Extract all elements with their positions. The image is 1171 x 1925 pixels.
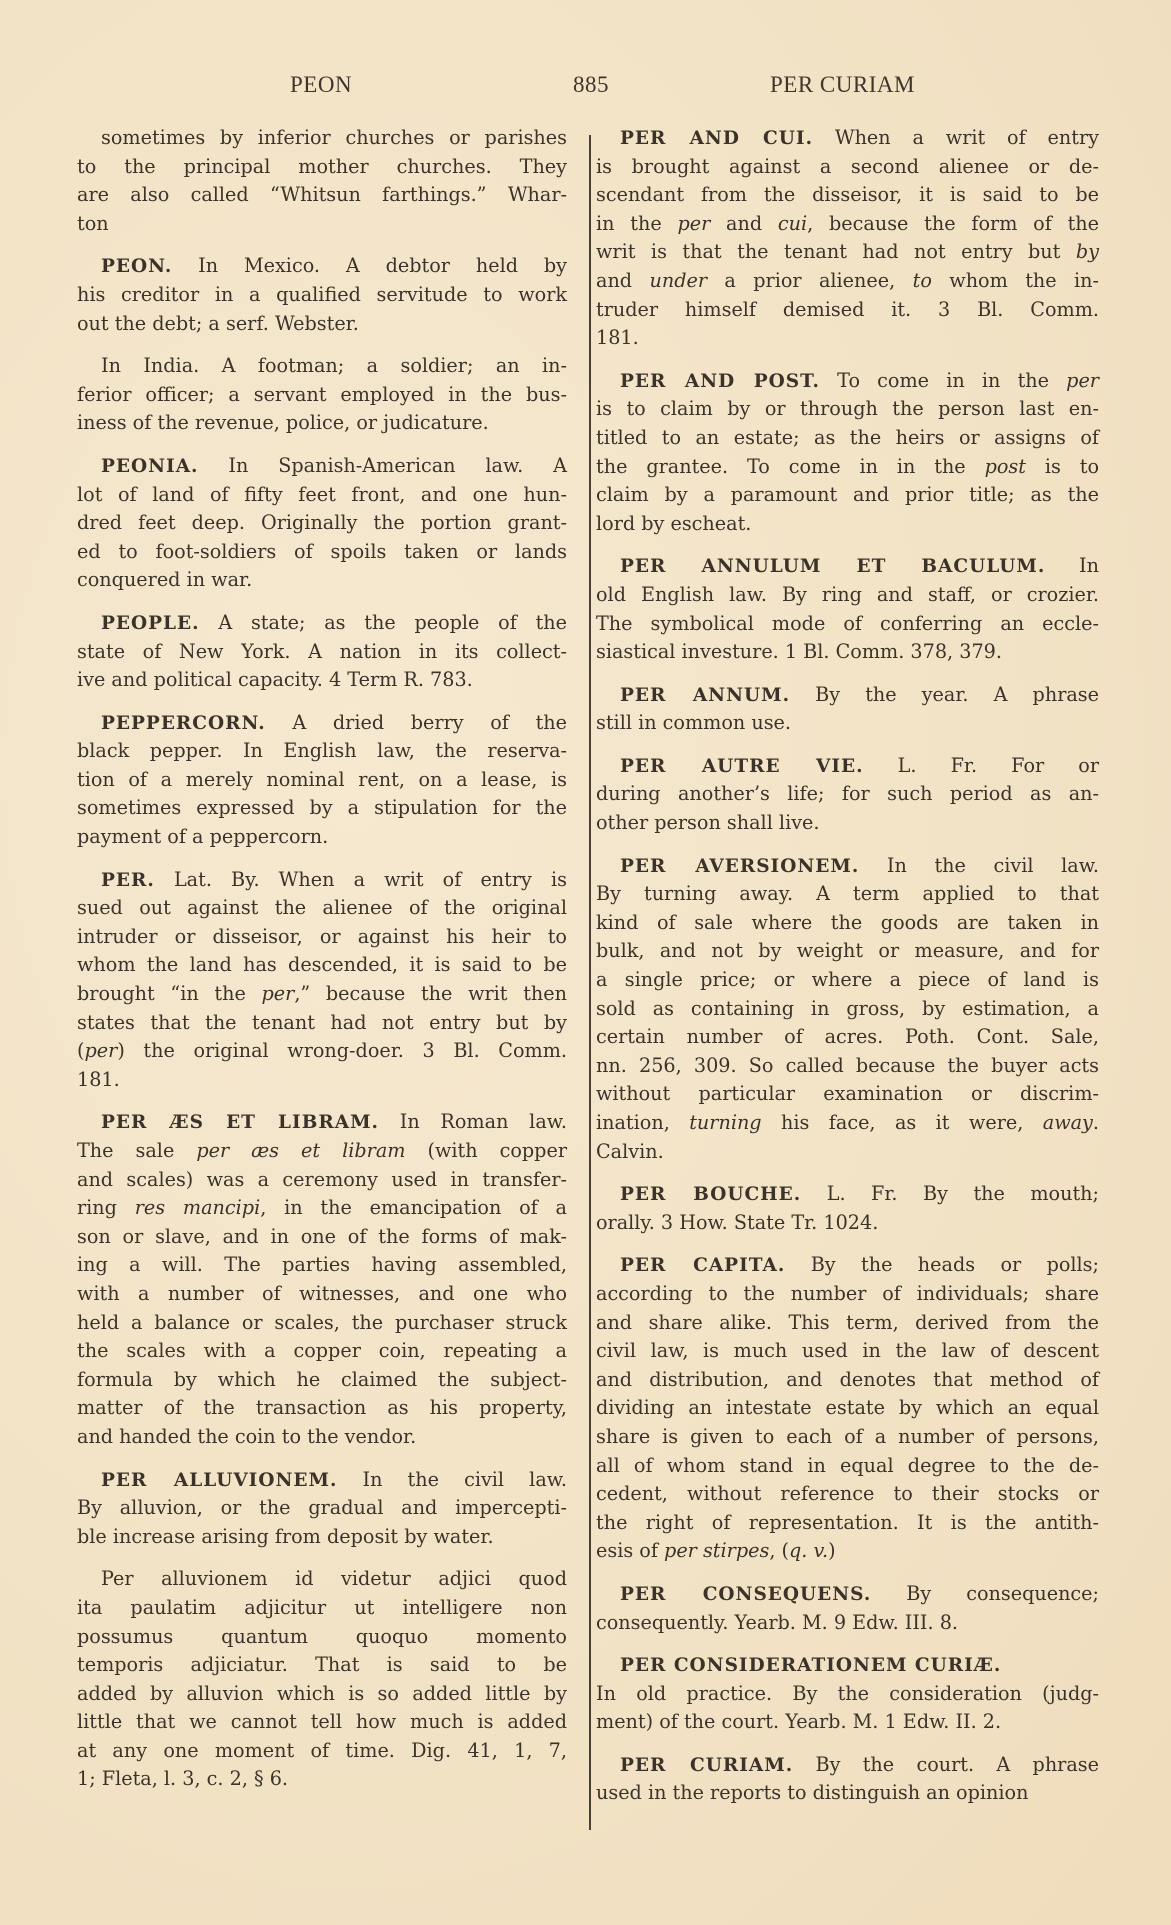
- entry-line-text: dred feet deep. Originally the portion g…: [77, 511, 567, 534]
- entry-line-text: L. Fr. By the mouth;: [801, 1182, 1099, 1205]
- dictionary-entry-peppercorn: PEPPERCORN. A dried berry of theblack pe…: [77, 709, 567, 852]
- entry-line: without particular examination or discri…: [596, 1080, 1099, 1109]
- entry-line: conquered in war.: [77, 566, 567, 595]
- entry-line: PER ÆS ET LIBRAM. In Roman law.: [77, 1108, 567, 1137]
- entry-line-text: ment) of the court. Yearb. M. 1 Edw. II.…: [596, 1710, 1001, 1733]
- entry-line-text: The sale per æs et libram (with copper: [77, 1139, 567, 1162]
- entry-line-text: all of whom stand in equal degree to the…: [596, 1454, 1099, 1477]
- dictionary-entry-per-alluvionem-quote: Per alluvionem id videtur adjici quodita…: [77, 1565, 567, 1794]
- entry-line-text: In the civil law.: [859, 854, 1099, 877]
- entry-line: PER ANNULUM ET BACULUM. In: [596, 552, 1099, 581]
- entry-line-text: iness of the revenue, police, or judicat…: [77, 411, 489, 434]
- entry-line-text: state of New York. A nation in its colle…: [77, 640, 567, 663]
- dictionary-entry-per-and-post: PER AND POST. To come in in the peris to…: [596, 367, 1099, 539]
- entry-line: (per) the original wrong-doer. 3 Bl. Com…: [77, 1037, 567, 1066]
- entry-line-text: and under a prior alienee, to whom the i…: [596, 269, 1099, 292]
- dictionary-entry-whitsun-continuation: sometimes by inferior churches or parish…: [77, 124, 567, 238]
- dictionary-entry-per-annum: PER ANNUM. By the year. A phrasestill in…: [596, 681, 1099, 738]
- entry-line: and scales) was a ceremony used in trans…: [77, 1166, 567, 1195]
- entry-line-text: By the year. A phrase: [790, 683, 1099, 706]
- dictionary-entry-peon-india: In India. A footman; a soldier; an in-fe…: [77, 352, 567, 438]
- entry-line-text: nn. 256, 309. So called because the buye…: [596, 1054, 1099, 1077]
- entry-line-text: ring res mancipi, in the emancipation of…: [77, 1196, 567, 1219]
- entry-line: temporis adjiciatur. That is said to be: [77, 1651, 567, 1680]
- column-divider-rule: [589, 135, 591, 1830]
- entry-line-text: writ is that the tenant had not entry bu…: [596, 240, 1099, 263]
- entry-line: payment of a peppercorn.: [77, 823, 567, 852]
- dictionary-entry-per-annulum-et-baculum: PER ANNULUM ET BACULUM. Inold English la…: [596, 552, 1099, 666]
- entry-line: PER. Lat. By. When a writ of entry is: [77, 866, 567, 895]
- entry-line-text: and distribution, and denotes that metho…: [596, 1368, 1099, 1391]
- entry-line-text: whom the land has descended, it is said …: [77, 953, 567, 976]
- entry-line-text: When a writ of entry: [813, 126, 1099, 149]
- entry-line: dred feet deep. Originally the portion g…: [77, 509, 567, 538]
- entry-line-text: and share alike. This term, derived from…: [596, 1311, 1099, 1334]
- entry-line-text: By consequence;: [871, 1582, 1099, 1605]
- entry-line-text: In India. A footman; a soldier; an in-: [101, 354, 567, 377]
- entry-line: and under a prior alienee, to whom the i…: [596, 267, 1099, 296]
- entry-line: to the principal mother churches. They: [77, 153, 567, 182]
- entry-line: states that the tenant had not entry but…: [77, 1009, 567, 1038]
- entry-line-text: ferior officer; a servant employed in th…: [77, 383, 567, 406]
- entry-headword: PER CONSIDERATIONEM CURIÆ.: [620, 1655, 1001, 1676]
- entry-line: black pepper. In English law, the reserv…: [77, 737, 567, 766]
- entry-line: in the per and cui, because the form of …: [596, 210, 1099, 239]
- entry-line: sometimes by inferior churches or parish…: [77, 124, 567, 153]
- entry-line: consequently. Yearb. M. 9 Edw. III. 8.: [596, 1609, 1099, 1638]
- italic-term: res mancipi: [135, 1196, 260, 1219]
- entry-line-text: A dried berry of the: [266, 711, 567, 734]
- entry-line: ble increase arising from deposit by wat…: [77, 1523, 567, 1552]
- italic-term: under: [649, 269, 707, 292]
- entry-line: with a number of witnesses, and one who: [77, 1280, 567, 1309]
- entry-line-text: truder himself demised it. 3 Bl. Comm.: [596, 298, 1099, 321]
- entry-headword: PER AND CUI.: [620, 128, 813, 149]
- entry-line-text: is brought against a second alienee or d…: [596, 155, 1099, 178]
- entry-line: kind of sale where the goods are taken i…: [596, 909, 1099, 938]
- entry-line: claim by a paramount and prior title; as…: [596, 481, 1099, 510]
- entry-line-text: without particular examination or discri…: [596, 1082, 1099, 1105]
- entry-headword: PEPPERCORN.: [101, 713, 266, 734]
- entry-line: tion of a merely nominal rent, on a leas…: [77, 766, 567, 795]
- entry-line-text: held a balance or scales, the purchaser …: [77, 1311, 567, 1334]
- entry-line-text: By the court. A phrase: [793, 1753, 1099, 1776]
- entry-line-text: In Spanish-American law. A: [199, 454, 568, 477]
- entry-line: PEPPERCORN. A dried berry of the: [77, 709, 567, 738]
- entry-line: during another’s life; for such period a…: [596, 780, 1099, 809]
- entry-line: other person shall live.: [596, 809, 1099, 838]
- entry-line-text: Per alluvionem id videtur adjici quod: [101, 1567, 567, 1590]
- entry-line: In India. A footman; a soldier; an in-: [77, 352, 567, 381]
- page-number: 885: [573, 72, 609, 98]
- dictionary-entry-per-alluvionem: PER ALLUVIONEM. In the civil law.By allu…: [77, 1466, 567, 1552]
- entry-line: sometimes expressed by a stipulation for…: [77, 794, 567, 823]
- running-head: PEON 885 PER CURIAM: [0, 72, 1171, 104]
- entry-line: certain number of acres. Poth. Cont. Sal…: [596, 1023, 1099, 1052]
- italic-term: cui: [778, 212, 807, 235]
- entry-line: 181.: [596, 324, 1099, 353]
- entry-line-text: states that the tenant had not entry but…: [77, 1011, 567, 1034]
- entry-line: used in the reports to distinguish an op…: [596, 1779, 1099, 1808]
- entry-line-text: siastical investure. 1 Bl. Comm. 378, 37…: [596, 640, 1002, 663]
- entry-line: matter of the transaction as his propert…: [77, 1394, 567, 1423]
- entry-line-text: esis of per stirpes, (q. v.): [596, 1539, 836, 1562]
- entry-line: Calvin.: [596, 1138, 1099, 1167]
- entry-line-text: ita paulatim adjicitur ut intelligere no…: [77, 1596, 567, 1619]
- entry-line-text: conquered in war.: [77, 568, 252, 591]
- dictionary-entry-per-consequens: PER CONSEQUENS. By consequence;consequen…: [596, 1580, 1099, 1637]
- entry-line: is to claim by or through the person las…: [596, 395, 1099, 424]
- entry-line: writ is that the tenant had not entry bu…: [596, 238, 1099, 267]
- dictionary-entry-peon: PEON. In Mexico. A debtor held byhis cre…: [77, 252, 567, 338]
- entry-line-text: out the debt; a serf. Webster.: [77, 312, 359, 335]
- entry-line-text: used in the reports to distinguish an op…: [596, 1781, 1028, 1804]
- entry-headword: PER ALLUVIONEM.: [101, 1470, 337, 1491]
- italic-term: to: [913, 269, 932, 292]
- entry-line: The sale per æs et libram (with copper: [77, 1137, 567, 1166]
- italic-term: away: [1043, 1111, 1093, 1134]
- dictionary-entry-per-and-cui: PER AND CUI. When a writ of entryis brou…: [596, 124, 1099, 353]
- entry-line-text: ed to foot-soldiers of spoils taken or l…: [77, 540, 567, 563]
- entry-line: ton: [77, 210, 567, 239]
- entry-line: sold as containing in gross, by estimati…: [596, 995, 1099, 1024]
- entry-line-text: L. Fr. For or: [864, 754, 1099, 777]
- entry-line: ing a will. The parties having assembled…: [77, 1251, 567, 1280]
- entry-line: ferior officer; a servant employed in th…: [77, 381, 567, 410]
- entry-line: intruder or disseisor, or against his he…: [77, 923, 567, 952]
- entry-line-text: 181.: [77, 1068, 120, 1091]
- entry-headword: PER CURIAM.: [620, 1755, 793, 1776]
- entry-line: PEONIA. In Spanish-American law. A: [77, 452, 567, 481]
- entry-line-text: according to the number of individuals; …: [596, 1282, 1099, 1305]
- entry-line: the scales with a copper coin, repeating…: [77, 1337, 567, 1366]
- entry-line-text: still in common use.: [596, 711, 791, 734]
- dictionary-entry-per-autre-vie: PER AUTRE VIE. L. Fr. For orduring anoth…: [596, 752, 1099, 838]
- entry-line: formula by which he claimed the subject-: [77, 1366, 567, 1395]
- entry-line: PER ANNUM. By the year. A phrase: [596, 681, 1099, 710]
- entry-line-text: sold as containing in gross, by estimati…: [596, 997, 1099, 1020]
- entry-line-text: In Mexico. A debtor held by: [172, 254, 567, 277]
- entry-line-text: (per) the original wrong-doer. 3 Bl. Com…: [77, 1039, 567, 1062]
- entry-headword: PER AVERSIONEM.: [620, 856, 859, 877]
- entry-line-text: To come in in the per: [820, 369, 1099, 392]
- entry-line-text: are also called “Whitsun farthings.” Wha…: [77, 183, 567, 206]
- entry-line: ed to foot-soldiers of spoils taken or l…: [77, 538, 567, 567]
- entry-line: and handed the coin to the vendor.: [77, 1423, 567, 1452]
- entry-line-text: and scales) was a ceremony used in trans…: [77, 1168, 567, 1191]
- entry-line-text: cedent, without reference to their stock…: [596, 1482, 1099, 1505]
- entry-line: ive and political capacity. 4 Term R. 78…: [77, 666, 567, 695]
- entry-line-text: temporis adjiciatur. That is said to be: [77, 1653, 567, 1676]
- entry-line-text: with a number of witnesses, and one who: [77, 1282, 567, 1305]
- entry-line: PER CONSIDERATIONEM CURIÆ.: [596, 1651, 1099, 1680]
- italic-term: post: [985, 455, 1026, 478]
- entry-line: ita paulatim adjicitur ut intelligere no…: [77, 1594, 567, 1623]
- dictionary-entry-per-capita: PER CAPITA. By the heads or polls;accord…: [596, 1251, 1099, 1566]
- entry-line-text: possumus quantum quoquo momento: [77, 1625, 567, 1648]
- entry-line-text: his creditor in a qualified servitude to…: [77, 283, 567, 306]
- entry-line-text: payment of a peppercorn.: [77, 825, 328, 848]
- entry-line-text: sometimes by inferior churches or parish…: [101, 126, 567, 149]
- entry-line-text: the grantee. To come in in the post is t…: [596, 455, 1099, 478]
- entry-line-text: and handed the coin to the vendor.: [77, 1425, 416, 1448]
- entry-line: brought “in the per,” because the writ t…: [77, 980, 567, 1009]
- entry-line-text: in the per and cui, because the form of …: [596, 212, 1099, 235]
- dictionary-entry-per-bouche: PER BOUCHE. L. Fr. By the mouth;orally. …: [596, 1180, 1099, 1237]
- entry-line-text: lot of land of fifty feet front, and one…: [77, 483, 567, 506]
- entry-line-text: added by alluvion which is so added litt…: [77, 1682, 567, 1705]
- entry-line-text: By the heads or polls;: [785, 1253, 1099, 1276]
- entry-line: PER ALLUVIONEM. In the civil law.: [77, 1466, 567, 1495]
- entry-line: scendant from the disseisor, it is said …: [596, 181, 1099, 210]
- entry-line: lot of land of fifty feet front, and one…: [77, 481, 567, 510]
- entry-line-text: sometimes expressed by a stipulation for…: [77, 796, 567, 819]
- entry-line: ment) of the court. Yearb. M. 1 Edw. II.…: [596, 1708, 1099, 1737]
- dictionary-entry-per-considerationem-curiae: PER CONSIDERATIONEM CURIÆ.In old practic…: [596, 1651, 1099, 1737]
- entry-line: the right of representation. It is the a…: [596, 1509, 1099, 1538]
- italic-term: per: [262, 982, 295, 1005]
- entry-line-text: share is given to each of a number of pe…: [596, 1425, 1099, 1448]
- italic-term: per: [85, 1039, 118, 1062]
- entry-line-text: formula by which he claimed the subject-: [77, 1368, 567, 1391]
- entry-line: PER AUTRE VIE. L. Fr. For or: [596, 752, 1099, 781]
- entry-line-text: to the principal mother churches. They: [77, 155, 567, 178]
- entry-line: PEOPLE. A state; as the people of the: [77, 609, 567, 638]
- entry-line: a single price; or where a piece of land…: [596, 966, 1099, 995]
- entry-line: cedent, without reference to their stock…: [596, 1480, 1099, 1509]
- entry-line-text: 181.: [596, 326, 639, 349]
- entry-headword: PER BOUCHE.: [620, 1184, 801, 1205]
- entry-headword: PEOPLE.: [101, 613, 200, 634]
- entry-line: By turning away. A term applied to that: [596, 880, 1099, 909]
- entry-line-text: at any one moment of time. Dig. 41, 1, 7…: [77, 1739, 567, 1762]
- entry-line-text: matter of the transaction as his propert…: [77, 1396, 567, 1419]
- italic-term: per stirpes: [664, 1539, 769, 1562]
- entry-headword: PER ÆS ET LIBRAM.: [101, 1112, 379, 1133]
- entry-line: his creditor in a qualified servitude to…: [77, 281, 567, 310]
- entry-line: and share alike. This term, derived from…: [596, 1309, 1099, 1338]
- entry-line-text: orally. 3 How. State Tr. 1024.: [596, 1211, 878, 1234]
- entry-line: according to the number of individuals; …: [596, 1280, 1099, 1309]
- entry-line-text: the right of representation. It is the a…: [596, 1511, 1099, 1534]
- entry-line: the grantee. To come in in the post is t…: [596, 453, 1099, 482]
- left-column: sometimes by inferior churches or parish…: [77, 124, 567, 1808]
- entry-line: ination, turning his face, as it were, a…: [596, 1109, 1099, 1138]
- entry-line: PER BOUCHE. L. Fr. By the mouth;: [596, 1180, 1099, 1209]
- entry-line: still in common use.: [596, 709, 1099, 738]
- entry-line: dividing an intestate estate by which an…: [596, 1394, 1099, 1423]
- entry-line: titled to an estate; as the heirs or ass…: [596, 424, 1099, 453]
- italic-term: per: [677, 212, 710, 235]
- entry-line-text: 1; Fleta, l. 3, c. 2, § 6.: [77, 1767, 288, 1790]
- italic-term: per: [1066, 369, 1099, 392]
- entry-line: PER CONSEQUENS. By consequence;: [596, 1580, 1099, 1609]
- entry-line-text: ination, turning his face, as it were, a…: [596, 1111, 1099, 1134]
- entry-line: PER CURIAM. By the court. A phrase: [596, 1751, 1099, 1780]
- entry-line-text: claim by a paramount and prior title; as…: [596, 483, 1099, 506]
- entry-line: orally. 3 How. State Tr. 1024.: [596, 1209, 1099, 1238]
- entry-line: By alluvion, or the gradual and impercep…: [77, 1494, 567, 1523]
- entry-line: old English law. By ring and staff, or c…: [596, 581, 1099, 610]
- entry-line: sued out against the alienee of the orig…: [77, 894, 567, 923]
- entry-line: state of New York. A nation in its colle…: [77, 638, 567, 667]
- entry-line: PEON. In Mexico. A debtor held by: [77, 252, 567, 281]
- dictionary-entry-per-curiam: PER CURIAM. By the court. A phraseused i…: [596, 1751, 1099, 1808]
- entry-headword: PER.: [101, 870, 155, 891]
- entry-line: nn. 256, 309. So called because the buye…: [596, 1052, 1099, 1081]
- entry-line: 181.: [77, 1066, 567, 1095]
- entry-line: truder himself demised it. 3 Bl. Comm.: [596, 296, 1099, 325]
- entry-line-text: tion of a merely nominal rent, on a leas…: [77, 768, 567, 791]
- entry-line-text: In old practice. By the consideration (j…: [596, 1682, 1099, 1705]
- entry-line: 1; Fleta, l. 3, c. 2, § 6.: [77, 1765, 567, 1794]
- dictionary-entry-per: PER. Lat. By. When a writ of entry issue…: [77, 866, 567, 1095]
- entry-line: ring res mancipi, in the emancipation of…: [77, 1194, 567, 1223]
- entry-line-text: A state; as the people of the: [200, 611, 567, 634]
- entry-line-text: black pepper. In English law, the reserv…: [77, 739, 567, 762]
- entry-line-text: Calvin.: [596, 1140, 664, 1163]
- italic-term: per æs et libram: [196, 1139, 405, 1162]
- running-head-left-guide-word: PEON: [290, 72, 352, 98]
- entry-line-text: titled to an estate; as the heirs or ass…: [596, 426, 1099, 449]
- entry-line: esis of per stirpes, (q. v.): [596, 1537, 1099, 1566]
- entry-line: is brought against a second alienee or d…: [596, 153, 1099, 182]
- entry-line-text: In the civil law.: [337, 1468, 567, 1491]
- entry-line-text: By alluvion, or the gradual and impercep…: [77, 1496, 567, 1519]
- entry-line: whom the land has descended, it is said …: [77, 951, 567, 980]
- entry-line: The symbolical mode of conferring an ecc…: [596, 610, 1099, 639]
- entry-line-text: kind of sale where the goods are taken i…: [596, 911, 1099, 934]
- entry-headword: PER AUTRE VIE.: [620, 756, 864, 777]
- entry-line: at any one moment of time. Dig. 41, 1, 7…: [77, 1737, 567, 1766]
- entry-line-text: ing a will. The parties having assembled…: [77, 1253, 567, 1276]
- entry-line: all of whom stand in equal degree to the…: [596, 1452, 1099, 1481]
- entry-line: In old practice. By the consideration (j…: [596, 1680, 1099, 1709]
- italic-term: by: [1076, 240, 1099, 263]
- entry-line-text: son or slave, and in one of the forms of…: [77, 1225, 567, 1248]
- dictionary-entry-per-aversionem: PER AVERSIONEM. In the civil law.By turn…: [596, 852, 1099, 1167]
- entry-line: son or slave, and in one of the forms of…: [77, 1223, 567, 1252]
- entry-headword: PER ANNUM.: [620, 685, 790, 706]
- entry-line-text: other person shall live.: [596, 811, 820, 834]
- running-head-right-guide-word: PER CURIAM: [770, 72, 915, 98]
- entry-line: civil law, is much used in the law of de…: [596, 1337, 1099, 1366]
- entry-line: added by alluvion which is so added litt…: [77, 1680, 567, 1709]
- entry-line: held a balance or scales, the purchaser …: [77, 1309, 567, 1338]
- entry-line-text: sued out against the alienee of the orig…: [77, 896, 567, 919]
- entry-line-text: brought “in the per,” because the writ t…: [77, 982, 567, 1005]
- entry-line-text: old English law. By ring and staff, or c…: [596, 583, 1099, 606]
- entry-line: and distribution, and denotes that metho…: [596, 1366, 1099, 1395]
- entry-line-text: little that we cannot tell how much is a…: [77, 1710, 567, 1733]
- entry-line-text: ble increase arising from deposit by wat…: [77, 1525, 494, 1548]
- italic-term: turning: [689, 1111, 761, 1134]
- entry-line-text: is to claim by or through the person las…: [596, 397, 1099, 420]
- entry-line: PER AVERSIONEM. In the civil law.: [596, 852, 1099, 881]
- dictionary-entry-per-aes-et-libram: PER ÆS ET LIBRAM. In Roman law.The sale …: [77, 1108, 567, 1451]
- entry-line-text: the scales with a copper coin, repeating…: [77, 1339, 567, 1362]
- right-column: PER AND CUI. When a writ of entryis brou…: [596, 124, 1099, 1822]
- entry-line-text: lord by escheat.: [596, 512, 751, 535]
- entry-line: lord by escheat.: [596, 510, 1099, 539]
- entry-line-text: certain number of acres. Poth. Cont. Sal…: [596, 1025, 1099, 1048]
- italic-term: q. v.: [789, 1539, 828, 1562]
- entry-line: PER AND POST. To come in in the per: [596, 367, 1099, 396]
- entry-line-text: In: [1045, 554, 1099, 577]
- entry-line: PER CAPITA. By the heads or polls;: [596, 1251, 1099, 1280]
- entry-line: bulk, and not by weight or measure, and …: [596, 937, 1099, 966]
- entry-line-text: By turning away. A term applied to that: [596, 882, 1099, 905]
- dictionary-entry-peonia: PEONIA. In Spanish-American law. Alot of…: [77, 452, 567, 595]
- entry-line-text: dividing an intestate estate by which an…: [596, 1396, 1099, 1419]
- entry-line-text: bulk, and not by weight or measure, and …: [596, 939, 1099, 962]
- entry-line-text: The symbolical mode of conferring an ecc…: [596, 612, 1099, 635]
- entry-line-text: intruder or disseisor, or against his he…: [77, 925, 567, 948]
- entry-line: out the debt; a serf. Webster.: [77, 310, 567, 339]
- entry-line-text: consequently. Yearb. M. 9 Edw. III. 8.: [596, 1611, 958, 1634]
- entry-line: siastical investure. 1 Bl. Comm. 378, 37…: [596, 638, 1099, 667]
- entry-line-text: Lat. By. When a writ of entry is: [155, 868, 567, 891]
- entry-line-text: scendant from the disseisor, it is said …: [596, 183, 1099, 206]
- entry-line-text: ton: [77, 212, 109, 235]
- entry-line: share is given to each of a number of pe…: [596, 1423, 1099, 1452]
- entry-line: are also called “Whitsun farthings.” Wha…: [77, 181, 567, 210]
- entry-headword: PER CAPITA.: [620, 1255, 785, 1276]
- entry-line: little that we cannot tell how much is a…: [77, 1708, 567, 1737]
- dictionary-entry-people: PEOPLE. A state; as the people of thesta…: [77, 609, 567, 695]
- entry-line: PER AND CUI. When a writ of entry: [596, 124, 1099, 153]
- entry-line-text: during another’s life; for such period a…: [596, 782, 1099, 805]
- entry-headword: PER ANNULUM ET BACULUM.: [620, 556, 1045, 577]
- entry-line-text: In Roman law.: [379, 1110, 567, 1133]
- entry-line-text: a single price; or where a piece of land…: [596, 968, 1099, 991]
- entry-line: iness of the revenue, police, or judicat…: [77, 409, 567, 438]
- entry-line: Per alluvionem id videtur adjici quod: [77, 1565, 567, 1594]
- entry-headword: PEON.: [101, 256, 172, 277]
- entry-line-text: ive and political capacity. 4 Term R. 78…: [77, 668, 473, 691]
- entry-line-text: civil law, is much used in the law of de…: [596, 1339, 1099, 1362]
- entry-line: possumus quantum quoquo momento: [77, 1623, 567, 1652]
- entry-headword: PER AND POST.: [620, 371, 820, 392]
- entry-headword: PER CONSEQUENS.: [620, 1584, 871, 1605]
- entry-headword: PEONIA.: [101, 456, 199, 477]
